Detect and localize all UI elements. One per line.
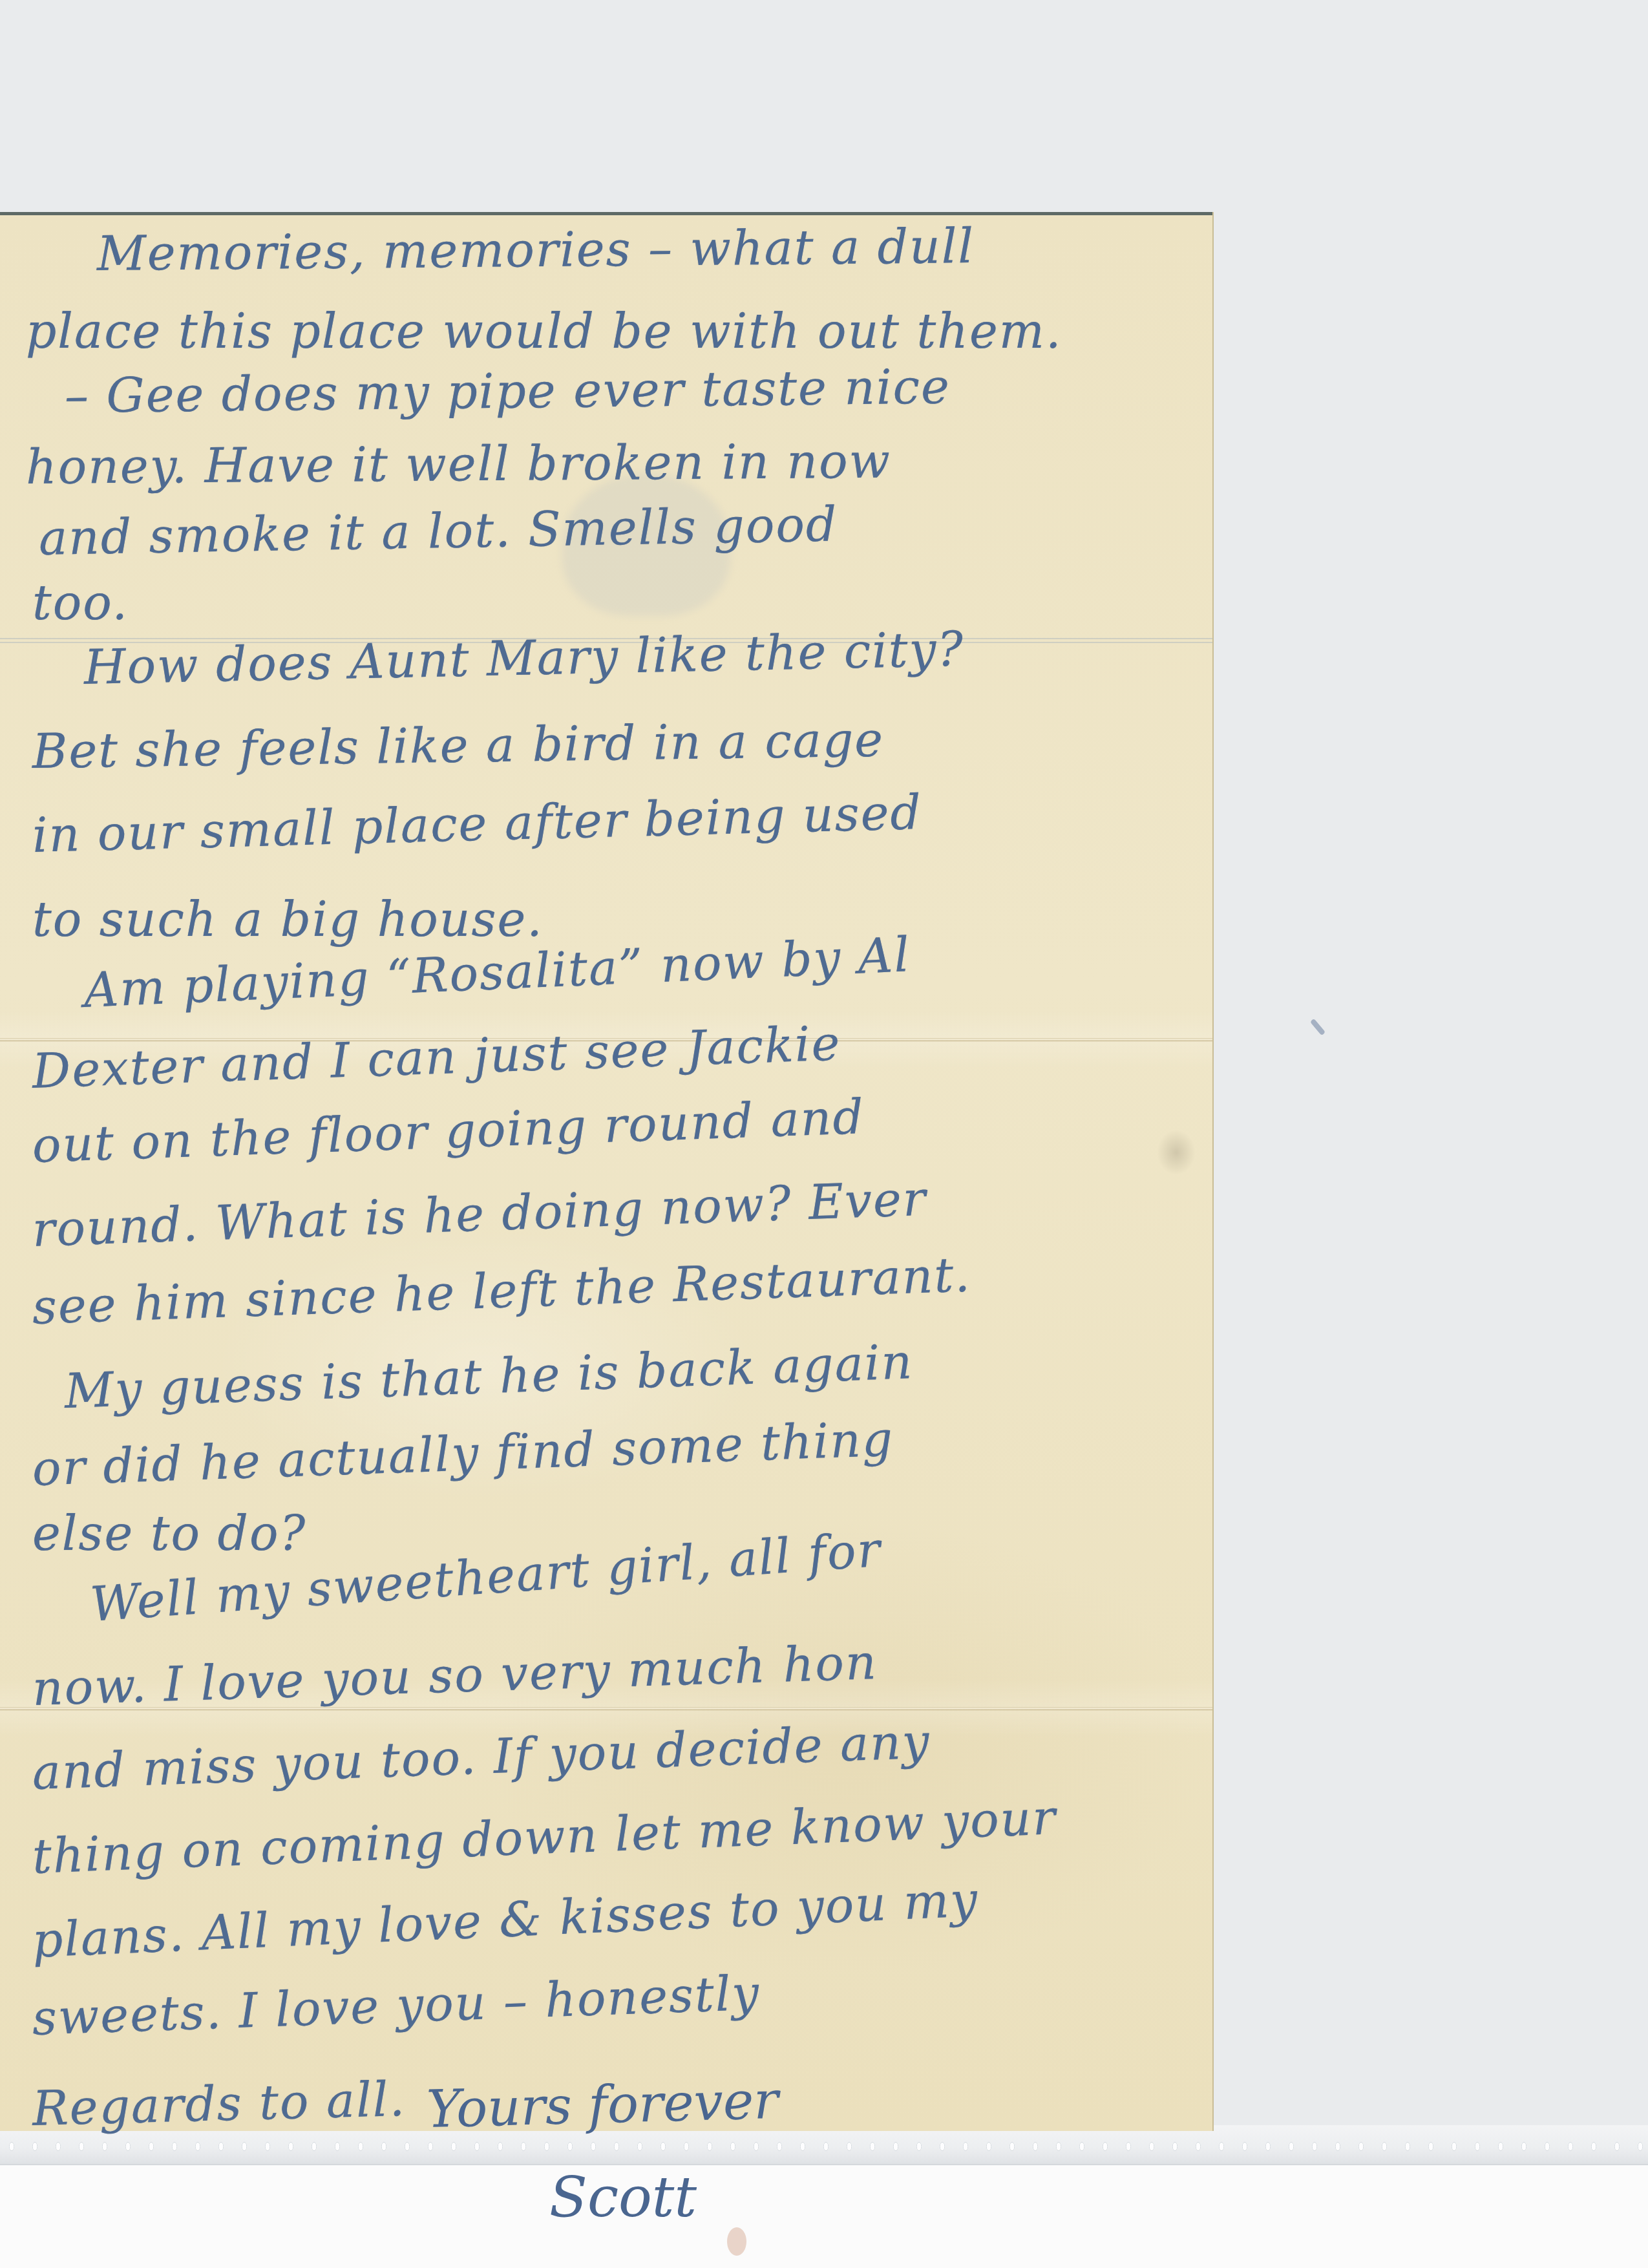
letter-closing: Yours forever [426, 2070, 779, 2139]
letter-line: Bet she feels like a bird in a cage [32, 712, 884, 779]
letter-line: – Gee does my pipe ever taste nice [65, 359, 951, 424]
letter-line: Regards to all. [32, 2072, 407, 2137]
letter-signature: Scott [549, 2165, 697, 2230]
paper-stain [1157, 1130, 1196, 1175]
paper-stain [727, 2227, 746, 2256]
letter-line: too. [32, 575, 129, 631]
scanner-background-lower [0, 2162, 1648, 2268]
letter-line: else to do? [32, 1506, 306, 1562]
sheet-protector-perforations [0, 2139, 1648, 2154]
letter-line: Memories, memories – what a dull [97, 218, 975, 282]
letter-line: place this place would be with out them. [26, 304, 1062, 359]
letter-line: to such a big house. [32, 892, 544, 948]
letter-line: honey. Have it well broken in now [26, 434, 891, 495]
